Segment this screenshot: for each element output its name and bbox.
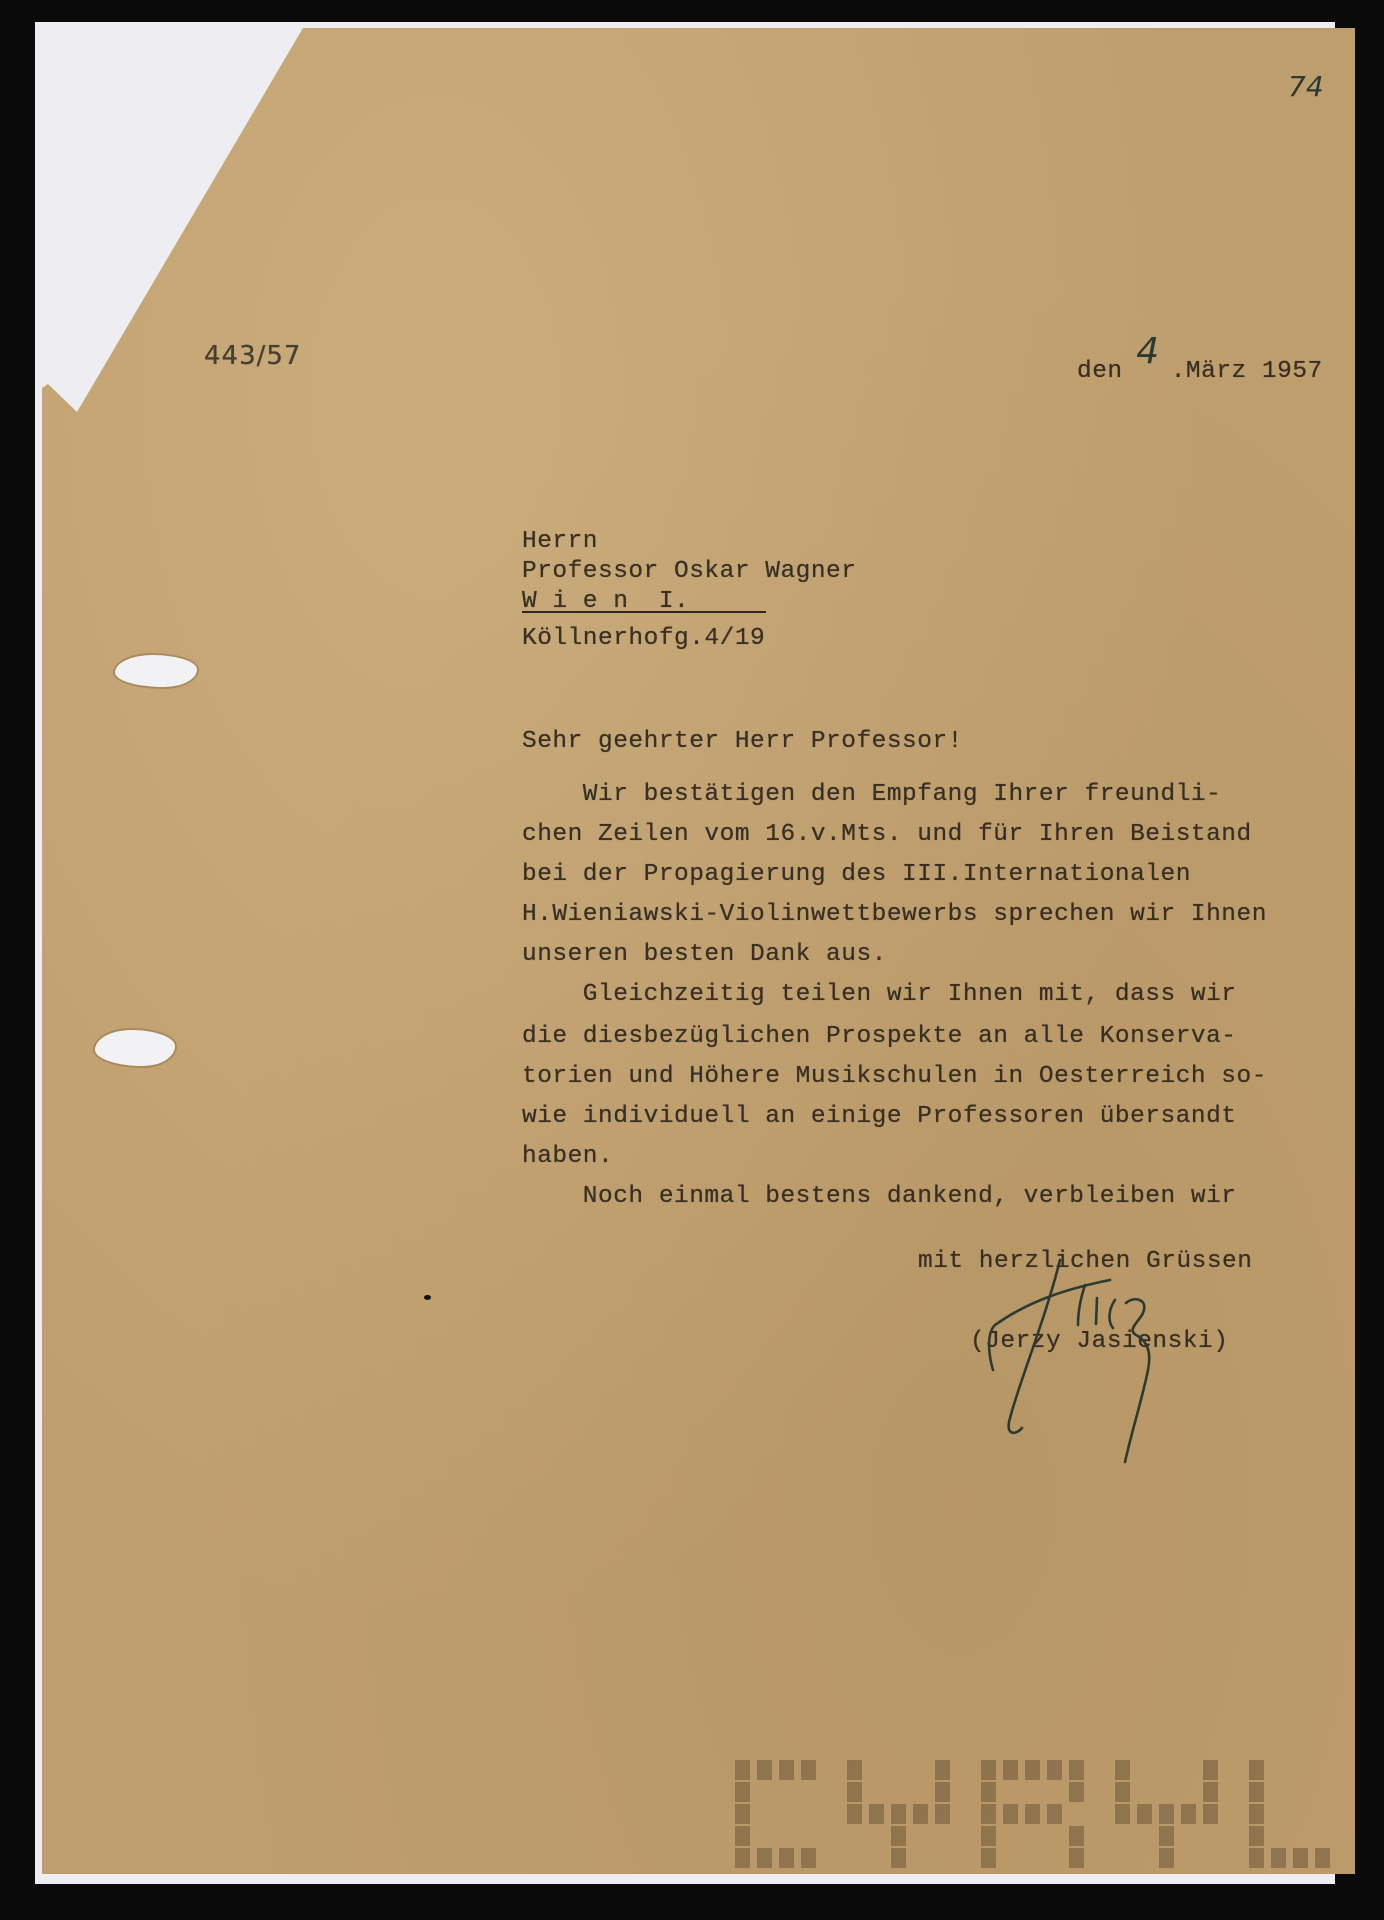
- body-line: Wir bestätigen den Empfang Ihrer freundl…: [522, 783, 1221, 808]
- recipient-street: Köllnerhofg.4/19: [522, 627, 765, 652]
- body-line: Gleichzeitig teilen wir Ihnen mit, dass …: [522, 983, 1237, 1008]
- punch-hole-bottom: [95, 1030, 175, 1066]
- date-line: den 4 .März 1957: [1077, 345, 1323, 386]
- ink-speck: [424, 1295, 431, 1300]
- greeting: Sehr geehrter Herr Professor!: [522, 730, 963, 755]
- recipient-salutation: Herrn: [522, 530, 598, 555]
- body-line: Noch einmal bestens dankend, verbleiben …: [522, 1185, 1237, 1210]
- date-rest: .März 1957: [1171, 358, 1323, 385]
- body-line: die diesbezüglichen Prospekte an alle Ko…: [522, 1025, 1237, 1050]
- reference-number: 443/57: [204, 343, 301, 369]
- body-line: chen Zeilen vom 16.v.Mts. und für Ihren …: [522, 823, 1252, 848]
- body-line: H.Wieniawski-Violinwettbewerbs sprechen …: [522, 903, 1267, 928]
- body-line: bei der Propagierung des III.Internation…: [522, 863, 1191, 888]
- punch-hole-top: [115, 655, 197, 687]
- body-line: wie individuell an einige Professoren üb…: [522, 1105, 1237, 1130]
- page-number-handwritten: 74: [1288, 70, 1324, 103]
- city-underline: [522, 611, 766, 613]
- body-line: torien und Höhere Musikschulen in Oester…: [522, 1065, 1267, 1090]
- handwritten-signature: [960, 1240, 1260, 1470]
- body-line: haben.: [522, 1145, 613, 1170]
- date-day-handwritten: 4: [1136, 331, 1159, 372]
- recipient-name: Professor Oskar Wagner: [522, 560, 856, 585]
- body-line: unseren besten Dank aus.: [522, 943, 887, 968]
- date-prefix: den: [1077, 358, 1123, 385]
